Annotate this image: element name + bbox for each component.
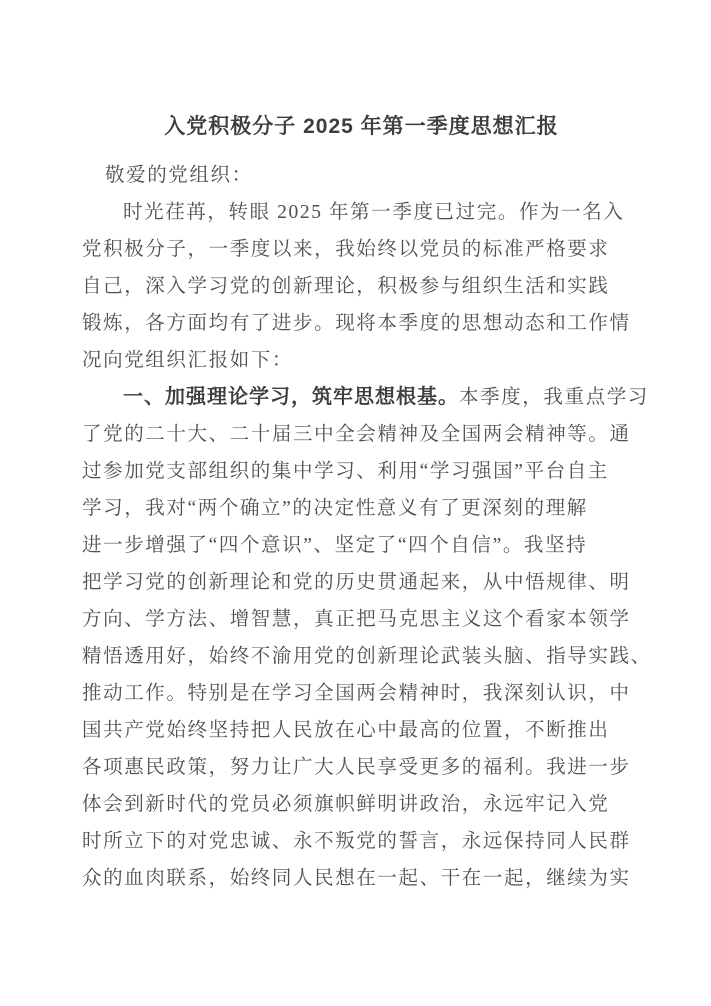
paragraph-2-line: 推动工作。特别是在学习全国两会精神时，我深刻认识，中	[82, 675, 641, 712]
paragraph-2-lead-line: 一、加强理论学习，筑牢思想根基。本季度，我重点学习	[82, 379, 641, 416]
section-1-heading: 一、加强理论学习，筑牢思想根基。	[123, 386, 459, 408]
salutation-line: 敬爱的党组织：	[82, 157, 641, 194]
paragraph-2-lead-rest: 本季度，我重点学习	[459, 387, 649, 408]
paragraph-2-line: 精悟透用好，始终不渝用党的创新理论武装头脑、指导实践、	[82, 638, 641, 675]
paragraph-1-line: 党积极分子，一季度以来，我始终以党员的标准严格要求	[82, 231, 641, 268]
paragraph-2-line: 过参加党支部组织的集中学习、利用“学习强国”平台自主	[82, 453, 641, 490]
paragraph-2-line: 众的血肉联系，始终同人民想在一起、干在一起，继续为实	[82, 860, 641, 897]
paragraph-2-line: 方向、学方法、增智慧，真正把马克思主义这个看家本领学	[82, 601, 641, 638]
paragraph-2-line: 体会到新时代的党员必须旗帜鲜明讲政治，永远牢记入党	[82, 786, 641, 823]
paragraph-2-line: 进一步增强了“四个意识”、坚定了“四个自信”。我坚持	[82, 527, 641, 564]
paragraph-2-line: 学习，我对“两个确立”的决定性意义有了更深刻的理解	[82, 490, 641, 527]
document-title: 入党积极分子 2025 年第一季度思想汇报	[82, 112, 641, 142]
paragraph-2-line: 各项惠民政策，努力让广大人民享受更多的福利。我进一步	[82, 749, 641, 786]
paragraph-1-line: 况向党组织汇报如下：	[82, 342, 641, 379]
document-page: 入党积极分子 2025 年第一季度思想汇报 敬爱的党组织： 时光荏苒，转眼 20…	[0, 0, 711, 1006]
paragraph-1-line: 自己，深入学习党的创新理论，积极参与组织生活和实践	[82, 268, 641, 305]
paragraph-1-line: 锻炼，各方面均有了进步。现将本季度的思想动态和工作情	[82, 305, 641, 342]
paragraph-1-line: 时光荏苒，转眼 2025 年第一季度已过完。作为一名入	[82, 194, 641, 231]
paragraph-2-line: 把学习党的创新理论和党的历史贯通起来，从中悟规律、明	[82, 564, 641, 601]
paragraph-2-line: 了党的二十大、二十届三中全会精神及全国两会精神等。通	[82, 416, 641, 453]
paragraph-2-line: 时所立下的对党忠诚、永不叛党的誓言，永远保持同人民群	[82, 823, 641, 860]
paragraph-2-line: 国共产党始终坚持把人民放在心中最高的位置，不断推出	[82, 712, 641, 749]
